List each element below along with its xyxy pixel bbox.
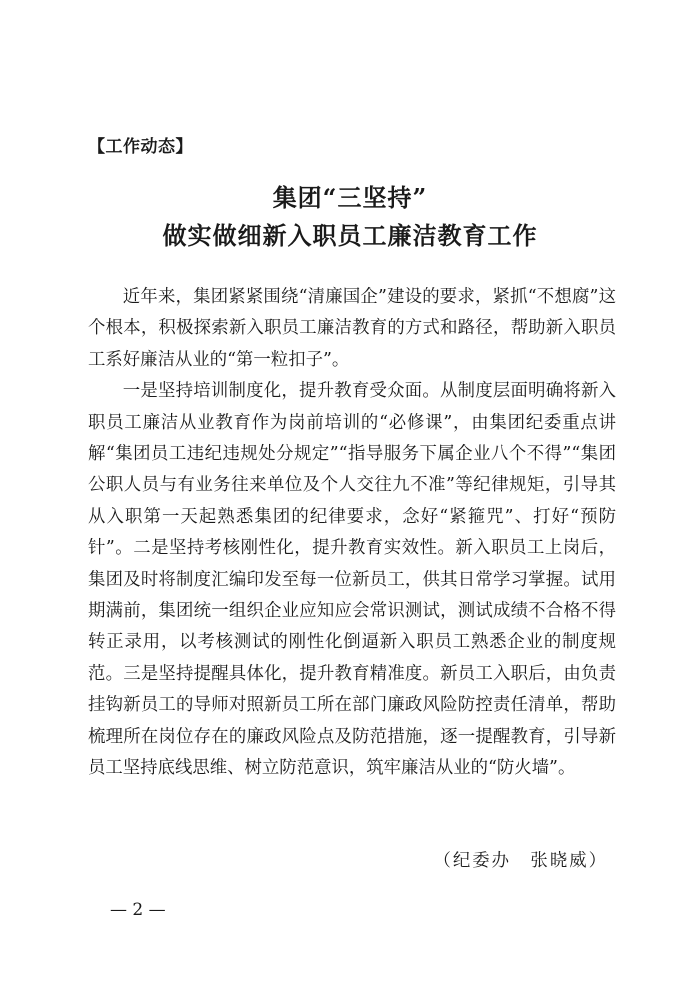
section-tag: 【工作动态】 [88,132,193,157]
article-body: 近年来，集团紧紧围绕“清廉国企”建设的要求，紧抓“不想腐”这个根本，积极探索新入… [88,282,616,785]
article-title-line-1: 集团“三坚持” [0,178,700,213]
paragraph-main: 一是坚持培训制度化，提升教育受众面。从制度层面明确将新入职员工廉洁从业教育作为岗… [88,376,616,784]
paragraph-intro: 近年来，集团紧紧围绕“清廉国企”建设的要求，紧抓“不想腐”这个根本，积极探索新入… [88,282,616,376]
article-title-line-2: 做实做细新入职员工廉洁教育工作 [0,216,700,251]
page-number: — 2 — [110,900,166,920]
author-signature: （纪委办 张晓威） [433,846,608,871]
